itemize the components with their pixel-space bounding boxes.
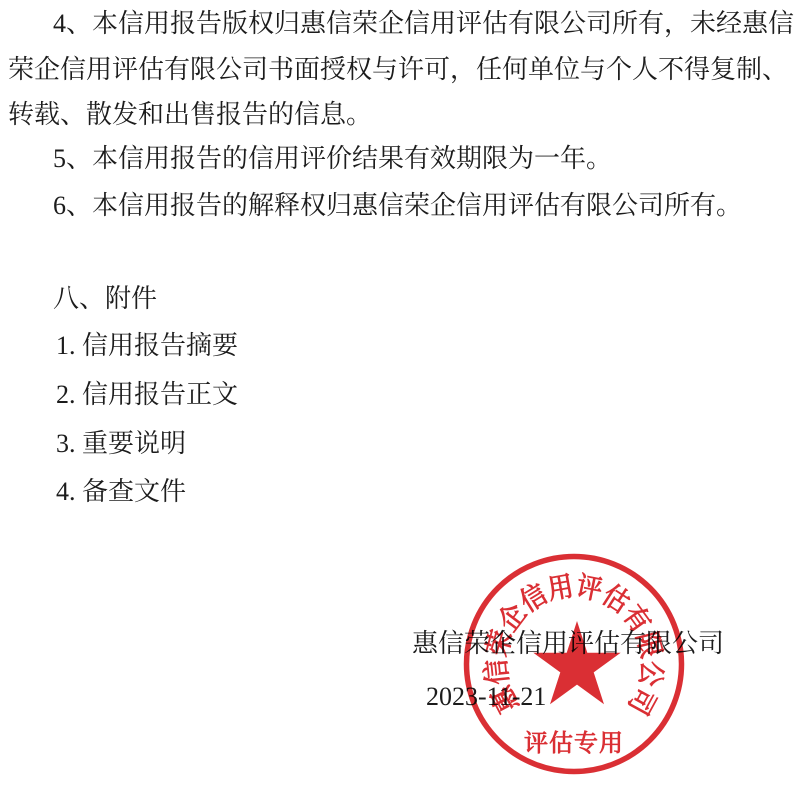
clause-5: 5、本信用报告的信用评价结果有效期限为一年。 (53, 144, 612, 174)
clause-4-line-1: 4、本信用报告版权归惠信荣企信用评估有限公司所有，未经惠信 (53, 9, 794, 39)
attachment-item-4: 4. 备查文件 (56, 477, 186, 507)
attachments-heading: 八、附件 (53, 284, 157, 314)
clause-4-line-2: 荣企信用评估有限公司书面授权与许可，任何单位与个人不得复制、 (8, 55, 788, 85)
attachment-item-2: 2. 信用报告正文 (56, 380, 238, 410)
attachment-item-1: 1. 信用报告摘要 (56, 331, 238, 361)
clause-6: 6、本信用报告的解释权归惠信荣企信用评估有限公司所有。 (53, 191, 742, 221)
company-seal: 惠信荣企信用评估有限公司 评估专用 (454, 544, 694, 784)
attachment-item-3: 3. 重要说明 (56, 429, 186, 459)
seal-bottom-text: 评估专用 (524, 729, 624, 757)
document-page: 4、本信用报告版权归惠信荣企信用评估有限公司所有，未经惠信 荣企信用评估有限公司… (0, 0, 800, 786)
clause-4-line-3: 转载、散发和出售报告的信息。 (8, 100, 372, 130)
star-icon (533, 621, 620, 704)
